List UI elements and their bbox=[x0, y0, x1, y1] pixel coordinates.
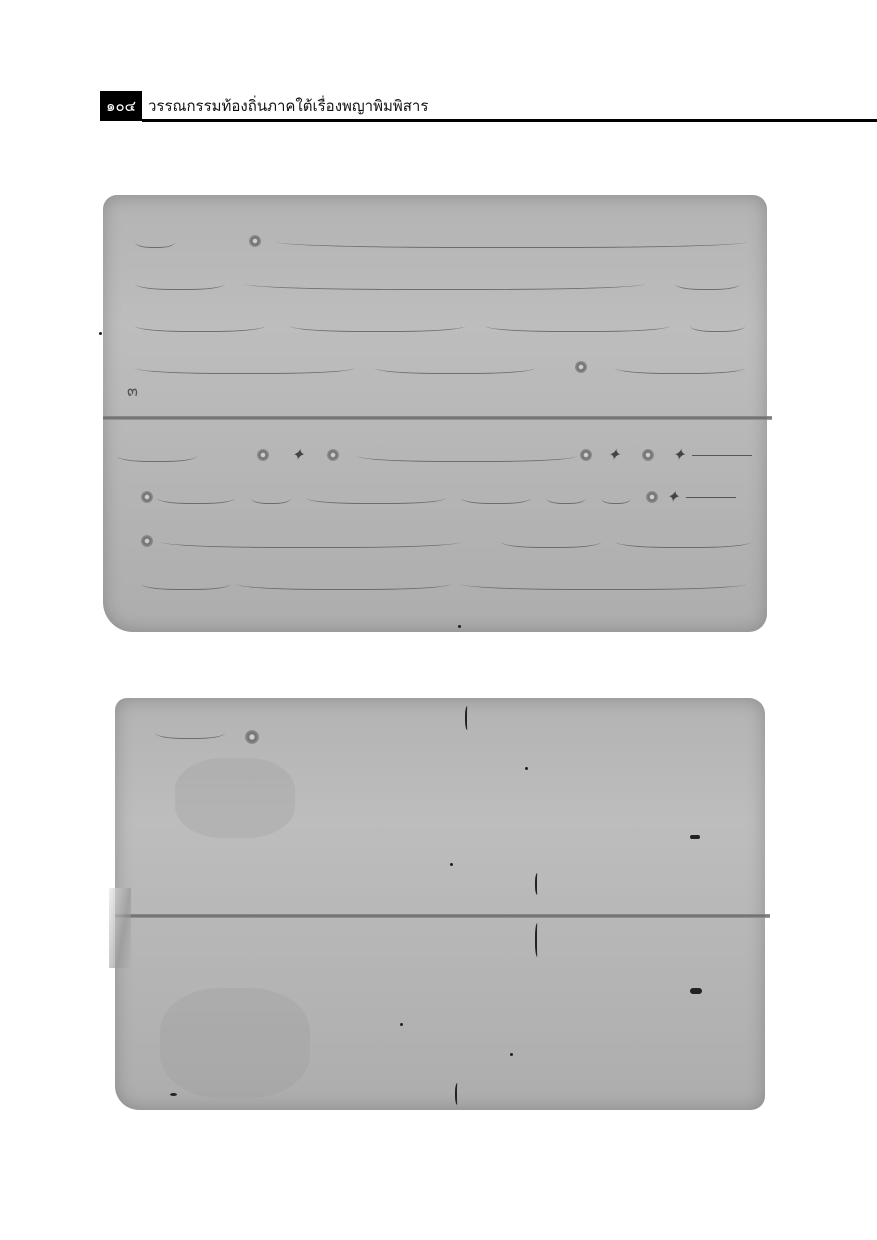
leaf-fold bbox=[115, 914, 770, 918]
leaf-title-note bbox=[155, 724, 225, 743]
circle-ornament-icon bbox=[141, 491, 153, 503]
manuscript-line bbox=[141, 575, 761, 591]
running-header: ๑๐๔ วรรณกรรมท้องถิ่นภาคใต้เรื่องพญาพิมพิ… bbox=[100, 91, 877, 122]
manuscript-line bbox=[135, 359, 755, 375]
circle-ornament-icon bbox=[327, 449, 339, 461]
manuscript-line bbox=[135, 275, 755, 291]
star-ornament-icon: ✦ bbox=[607, 447, 621, 463]
manuscript-line: ✦ bbox=[141, 489, 761, 505]
star-ornament-icon: ✦ bbox=[672, 447, 686, 463]
circle-ornament-icon bbox=[575, 361, 587, 373]
manuscript-line bbox=[135, 233, 755, 249]
circle-ornament-icon bbox=[257, 449, 269, 461]
circle-ornament-icon bbox=[646, 491, 658, 503]
star-ornament-icon: ✦ bbox=[291, 447, 305, 463]
manuscript-leaf-blank bbox=[115, 698, 765, 1110]
circle-ornament-icon bbox=[249, 235, 261, 247]
circle-ornament-icon bbox=[642, 449, 654, 461]
circle-ornament-icon bbox=[245, 730, 259, 744]
circle-ornament-icon bbox=[141, 535, 153, 547]
header-rule bbox=[142, 119, 877, 122]
manuscript-line bbox=[141, 533, 761, 549]
manuscript-ornament-line: ✦ ✦ ✦ bbox=[117, 447, 757, 463]
manuscript-leaf-written: ๓ ✦ ✦ ✦ ✦ bbox=[103, 195, 767, 632]
running-title: วรรณกรรมท้องถิ่นภาคใต้เรื่องพญาพิมพิสาร bbox=[148, 94, 428, 118]
star-ornament-icon: ✦ bbox=[666, 489, 680, 505]
leaf-crease bbox=[109, 888, 131, 968]
leaf-number: ๓ bbox=[127, 379, 138, 404]
manuscript-line bbox=[135, 317, 755, 333]
circle-ornament-icon bbox=[580, 449, 592, 461]
page-number: ๑๐๔ bbox=[100, 91, 142, 121]
leaf-fold bbox=[103, 416, 772, 420]
